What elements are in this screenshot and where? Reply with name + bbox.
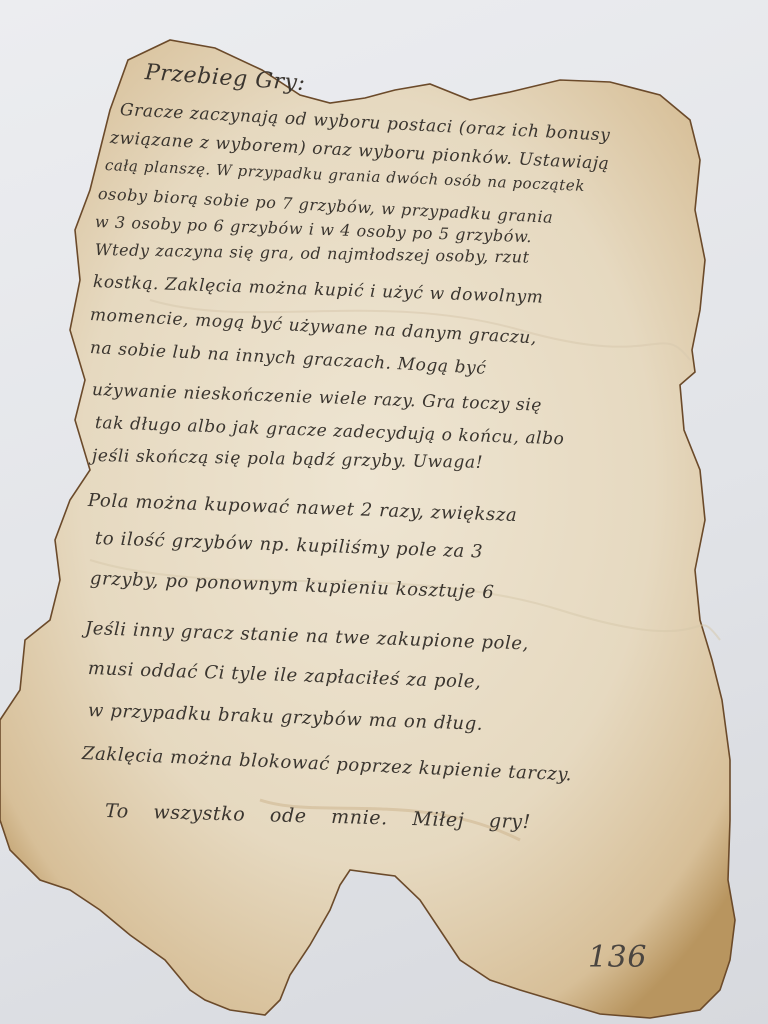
text-line: Zaklęcia można blokować poprzez kupienie… xyxy=(82,743,573,785)
handwritten-text: Przebieg Gry: Gracze zaczynają od wyboru… xyxy=(0,0,768,1024)
text-line: musi oddać Ci tyle ile zapłaciłeś za pol… xyxy=(88,658,482,693)
photo: Przebieg Gry: Gracze zaczynają od wyboru… xyxy=(0,0,768,1024)
text-line: Pola można kupować nawet 2 razy, zwiększ… xyxy=(88,490,518,526)
text-line: Jeśli inny gracz stanie na twe zakupione… xyxy=(85,618,530,654)
text-line: grzyby, po ponownym kupieniu kosztuje 6 xyxy=(90,568,495,603)
text-line: tak długo albo jak gracze zadecydują o k… xyxy=(95,413,565,449)
text-line: używanie nieskończenie wiele razy. Gra t… xyxy=(92,380,543,416)
text-line: to ilość grzybów np. kupiliśmy pole za 3 xyxy=(95,528,484,563)
text-line: w przypadku braku grzybów ma on dług. xyxy=(88,700,484,735)
text-line: na sobie lub na innych graczach. Mogą by… xyxy=(89,338,486,379)
text-line: jeśli skończą się pola bądź grzyby. Uwag… xyxy=(92,446,484,473)
text-line: To wszystko ode mnie. Miłej gry! xyxy=(105,800,531,833)
page-number: 136 xyxy=(588,940,647,975)
text-line: Wtedy zaczyna się gra, od najmłodszej os… xyxy=(95,240,530,267)
document-title: Przebieg Gry: xyxy=(144,60,306,96)
text-line: kostką. Zaklęcia można kupić i użyć w do… xyxy=(93,272,544,308)
